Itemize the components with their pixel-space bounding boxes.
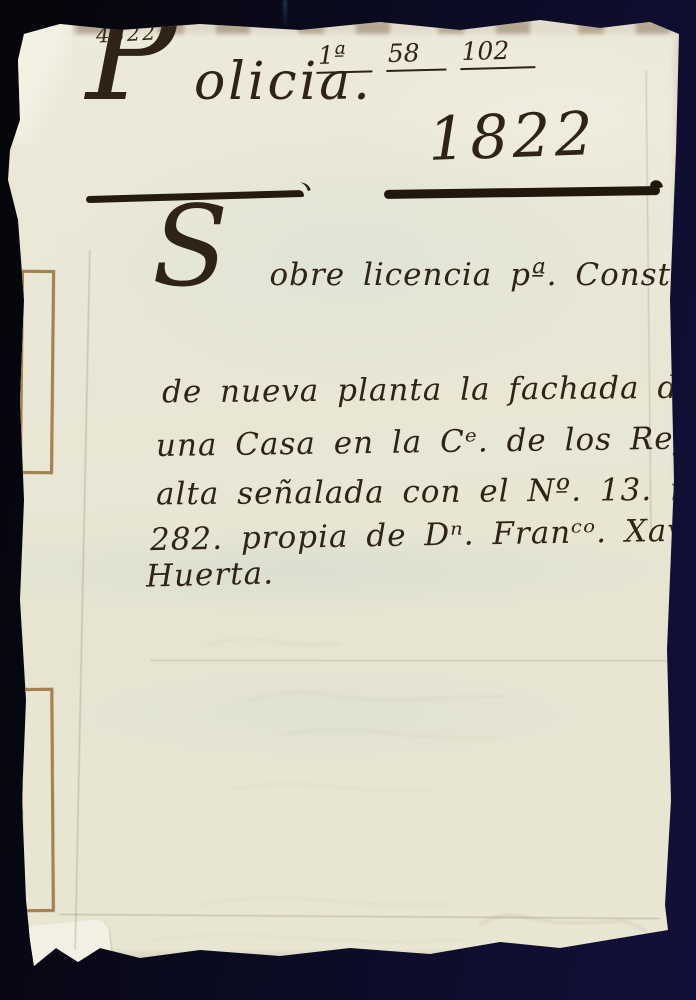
manuscript-page: 4322 1ª 58 102 Policia. 1822 Sobre licen…	[0, 0, 696, 1000]
scanned-document-stage: 4322 1ª 58 102 Policia. 1822 Sobre licen…	[0, 0, 696, 1000]
scanner-light-streak	[283, 0, 287, 30]
bleedthrough-ghost-writing	[0, 0, 696, 1000]
